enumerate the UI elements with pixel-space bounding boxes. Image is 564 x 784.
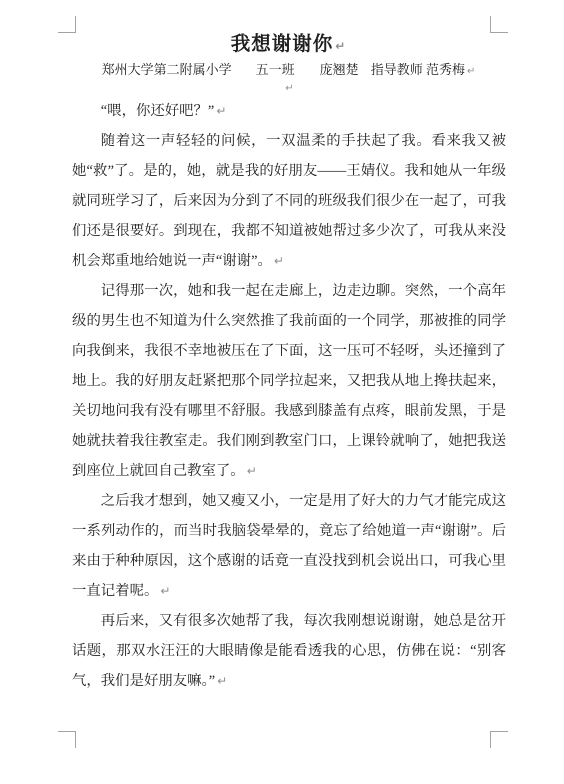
document-title-text: 我想谢谢你 bbox=[231, 34, 334, 55]
byline-author: 庞翘楚 bbox=[320, 59, 359, 78]
paragraph-mark-icon: ↵ bbox=[217, 674, 227, 688]
document-title: 我想谢谢你↵ bbox=[72, 28, 505, 56]
empty-line: ↵ bbox=[72, 80, 505, 96]
byline-teacher: 指导教师 范秀梅 bbox=[371, 59, 465, 78]
paragraph-text: “喂，你还好吧？” bbox=[101, 103, 215, 119]
paragraph: 记得那一次，她和我一起在走廊上，边走边聊。突然，一个高年级的男生也不知道为什么突… bbox=[72, 276, 506, 486]
paragraph-mark-icon: ↵ bbox=[160, 584, 170, 598]
byline-class: 五一班 bbox=[256, 59, 295, 78]
paragraph-mark-icon: ↵ bbox=[467, 66, 475, 77]
paragraph-mark-icon: ↵ bbox=[247, 464, 257, 478]
paragraph-text: 记得那一次，她和我一起在走廊上，边走边聊。突然，一个高年级的男生也不知道为什么突… bbox=[72, 283, 506, 479]
paragraph: 随着这一声轻轻的问候，一双温柔的手扶起了我。看来我又被她“救”了。是的，她，就是… bbox=[72, 126, 506, 276]
paragraph-text: 之后我才想到，她又瘦又小，一定是用了好大的力气才能完成这一系列动作的，而当时我脑… bbox=[72, 493, 506, 599]
paragraph-mark-icon: ↵ bbox=[285, 83, 293, 94]
paragraph: “喂，你还好吧？”↵ bbox=[72, 96, 506, 126]
document-page: 我想谢谢你↵ 郑州大学第二附属小学五一班庞翘楚指导教师 范秀梅↵ ↵ “喂，你还… bbox=[0, 0, 564, 784]
paragraph-text: 随着这一声轻轻的问候，一双温柔的手扶起了我。看来我又被她“救”了。是的，她，就是… bbox=[72, 133, 506, 269]
byline: 郑州大学第二附属小学五一班庞翘楚指导教师 范秀梅↵ bbox=[72, 59, 505, 78]
paragraph: 再后来，又有很多次她帮了我，每次我刚想说谢谢，她总是岔开话题，那双水汪汪的大眼睛… bbox=[72, 606, 506, 696]
paragraph-mark-icon: ↵ bbox=[216, 104, 226, 118]
document-body: “喂，你还好吧？”↵ 随着这一声轻轻的问候，一双温柔的手扶起了我。看来我又被她“… bbox=[72, 96, 506, 696]
paragraph-text: 再后来，又有很多次她帮了我，每次我刚想说谢谢，她总是岔开话题，那双水汪汪的大眼睛… bbox=[72, 613, 506, 689]
byline-school: 郑州大学第二附属小学 bbox=[102, 59, 232, 78]
paragraph-mark-icon: ↵ bbox=[274, 254, 284, 268]
crop-mark-bottom-right bbox=[490, 731, 508, 748]
paragraph: 之后我才想到，她又瘦又小，一定是用了好大的力气才能完成这一系列动作的，而当时我脑… bbox=[72, 486, 506, 606]
paragraph-mark-icon: ↵ bbox=[335, 39, 346, 53]
crop-mark-bottom-left bbox=[58, 731, 76, 748]
